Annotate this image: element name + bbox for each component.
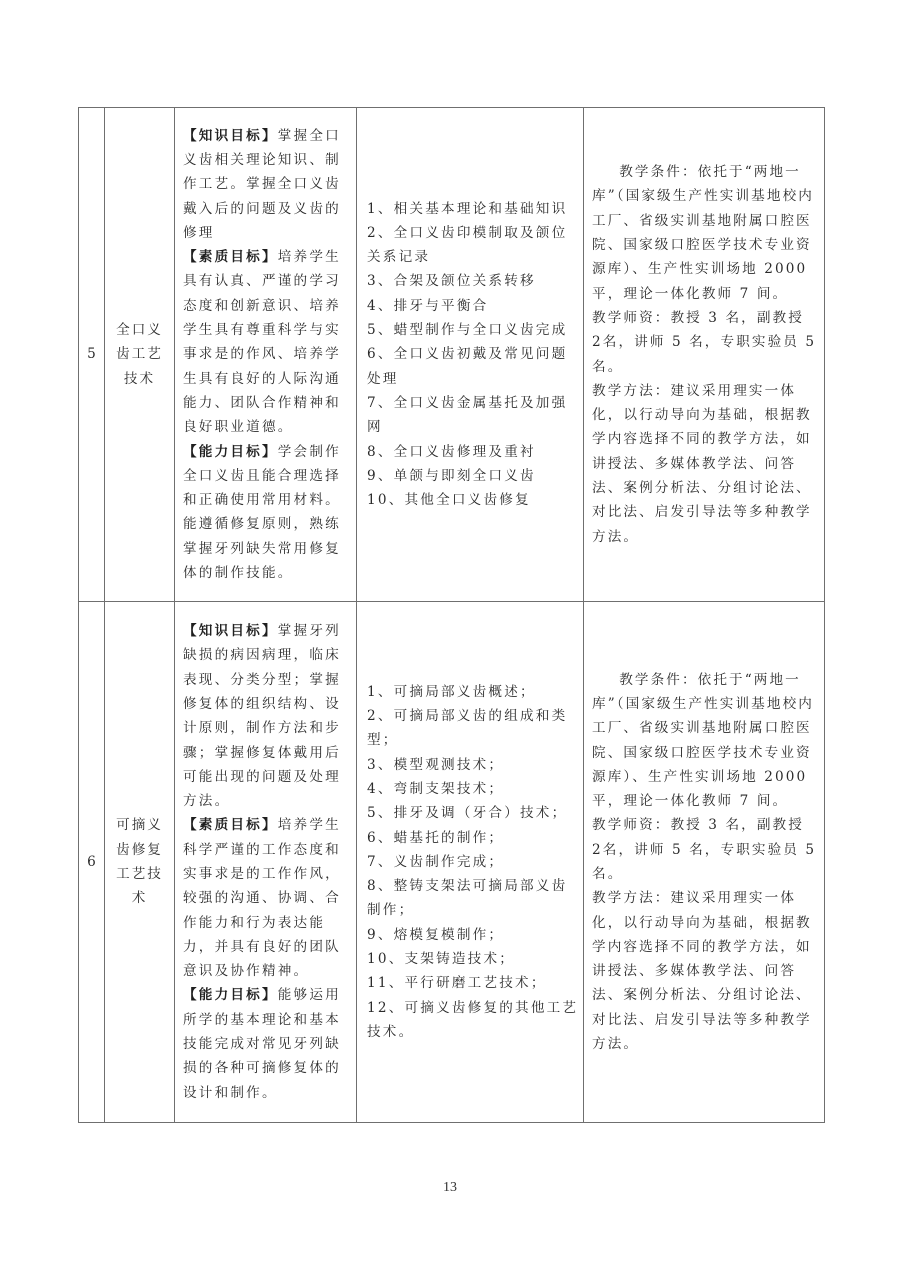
quality-goal: 【素质目标】培养学生科学严谨的工作态度和实事求是的工作作风，较强的沟通、协调、合… [183, 813, 350, 983]
content-item: 10、支架铸造技术； [367, 947, 579, 971]
ability-goal: 【能力目标】能够运用所学的基本理论和基本技能完成对常见牙列缺损的各种可摘修复体的… [183, 983, 350, 1104]
teaching-requirements: 教学条件：依托于“两地一库”（国家级生产性实训基地校内工厂、省级实训基地附属口腔… [584, 602, 825, 1123]
course-name: 可摘义齿修复工艺技术 [105, 602, 175, 1123]
content-item: 4、排牙与平衡合 [367, 294, 579, 318]
teaching-conditions: 教学条件：依托于“两地一库”（国家级生产性实训基地校内工厂、省级实训基地附属口腔… [592, 160, 818, 306]
teaching-methods: 教学方法：建议采用理实一体化，以行动导向为基础，根据教学内容选择不同的教学方法，… [592, 379, 818, 549]
table-row: 6 可摘义齿修复工艺技术 【知识目标】掌握牙列缺损的病因病理，临床表现、分类分型… [79, 602, 825, 1123]
content-item: 11、平行研磨工艺技术； [367, 971, 579, 995]
course-goals: 【知识目标】掌握全口义齿相关理论知识、制作工艺。掌握全口义齿戴入后的问题及义齿的… [175, 108, 357, 602]
content-item: 9、熔模复模制作； [367, 923, 579, 947]
course-goals: 【知识目标】掌握牙列缺损的病因病理，临床表现、分类分型；掌握修复体的组织结构、设… [175, 602, 357, 1123]
document-page: 5 全口义齿工艺技术 【知识目标】掌握全口义齿相关理论知识、制作工艺。掌握全口义… [0, 0, 900, 1273]
teaching-methods: 教学方法：建议采用理实一体化，以行动导向为基础，根据教学内容选择不同的教学方法，… [592, 886, 818, 1056]
knowledge-goal: 【知识目标】掌握全口义齿相关理论知识、制作工艺。掌握全口义齿戴入后的问题及义齿的… [183, 124, 350, 245]
content-item: 4、弯制支架技术； [367, 777, 579, 801]
content-item: 6、全口义齿初戴及常见问题处理 [367, 342, 579, 391]
content-item: 7、义齿制作完成； [367, 850, 579, 874]
content-item: 3、模型观测技术； [367, 753, 579, 777]
course-name: 全口义齿工艺技术 [105, 108, 175, 602]
row-number: 6 [79, 602, 105, 1123]
course-contents: 1、相关基本理论和基础知识 2、全口义齿印模制取及颌位关系记录 3、合架及颌位关… [357, 108, 584, 602]
content-item: 5、蜡型制作与全口义齿完成 [367, 318, 579, 342]
content-item: 6、蜡基托的制作； [367, 826, 579, 850]
content-item: 2、全口义齿印模制取及颌位关系记录 [367, 221, 579, 270]
table-row: 5 全口义齿工艺技术 【知识目标】掌握全口义齿相关理论知识、制作工艺。掌握全口义… [79, 108, 825, 602]
ability-goal: 【能力目标】学会制作全口义齿且能合理选择和正确使用常用材料。能遵循修复原则，熟练… [183, 440, 350, 586]
course-contents: 1、可摘局部义齿概述； 2、可摘局部义齿的组成和类型； 3、模型观测技术； 4、… [357, 602, 584, 1123]
content-item: 5、排牙及调（牙合）技术； [367, 801, 579, 825]
teaching-faculty: 教学师资：教授 3 名，副教授 2名，讲师 5 名，专职实验员 5 名。 [592, 813, 818, 886]
content-item: 2、可摘局部义齿的组成和类型； [367, 704, 579, 753]
page-number: 13 [0, 1180, 900, 1196]
content-item: 8、整铸支架法可摘局部义齿制作； [367, 874, 579, 923]
teaching-conditions: 教学条件：依托于“两地一库”（国家级生产性实训基地校内工厂、省级实训基地附属口腔… [592, 668, 818, 814]
quality-goal: 【素质目标】培养学生具有认真、严谨的学习态度和创新意识、培养学生具有尊重科学与实… [183, 245, 350, 439]
content-item: 12、可摘义齿修复的其他工艺技术。 [367, 996, 579, 1045]
content-item: 9、单颌与即刻全口义齿 [367, 464, 579, 488]
teaching-faculty: 教学师资：教授 3 名，副教授 2名，讲师 5 名，专职实验员 5 名。 [592, 306, 818, 379]
content-item: 1、可摘局部义齿概述； [367, 680, 579, 704]
content-item: 10、其他全口义齿修复 [367, 488, 579, 512]
content-item: 8、全口义齿修理及重衬 [367, 440, 579, 464]
curriculum-table: 5 全口义齿工艺技术 【知识目标】掌握全口义齿相关理论知识、制作工艺。掌握全口义… [78, 107, 825, 1123]
content-item: 3、合架及颌位关系转移 [367, 269, 579, 293]
knowledge-goal: 【知识目标】掌握牙列缺损的病因病理，临床表现、分类分型；掌握修复体的组织结构、设… [183, 619, 350, 813]
content-item: 1、相关基本理论和基础知识 [367, 197, 579, 221]
teaching-requirements: 教学条件：依托于“两地一库”（国家级生产性实训基地校内工厂、省级实训基地附属口腔… [584, 108, 825, 602]
row-number: 5 [79, 108, 105, 602]
content-item: 7、全口义齿金属基托及加强网 [367, 391, 579, 440]
